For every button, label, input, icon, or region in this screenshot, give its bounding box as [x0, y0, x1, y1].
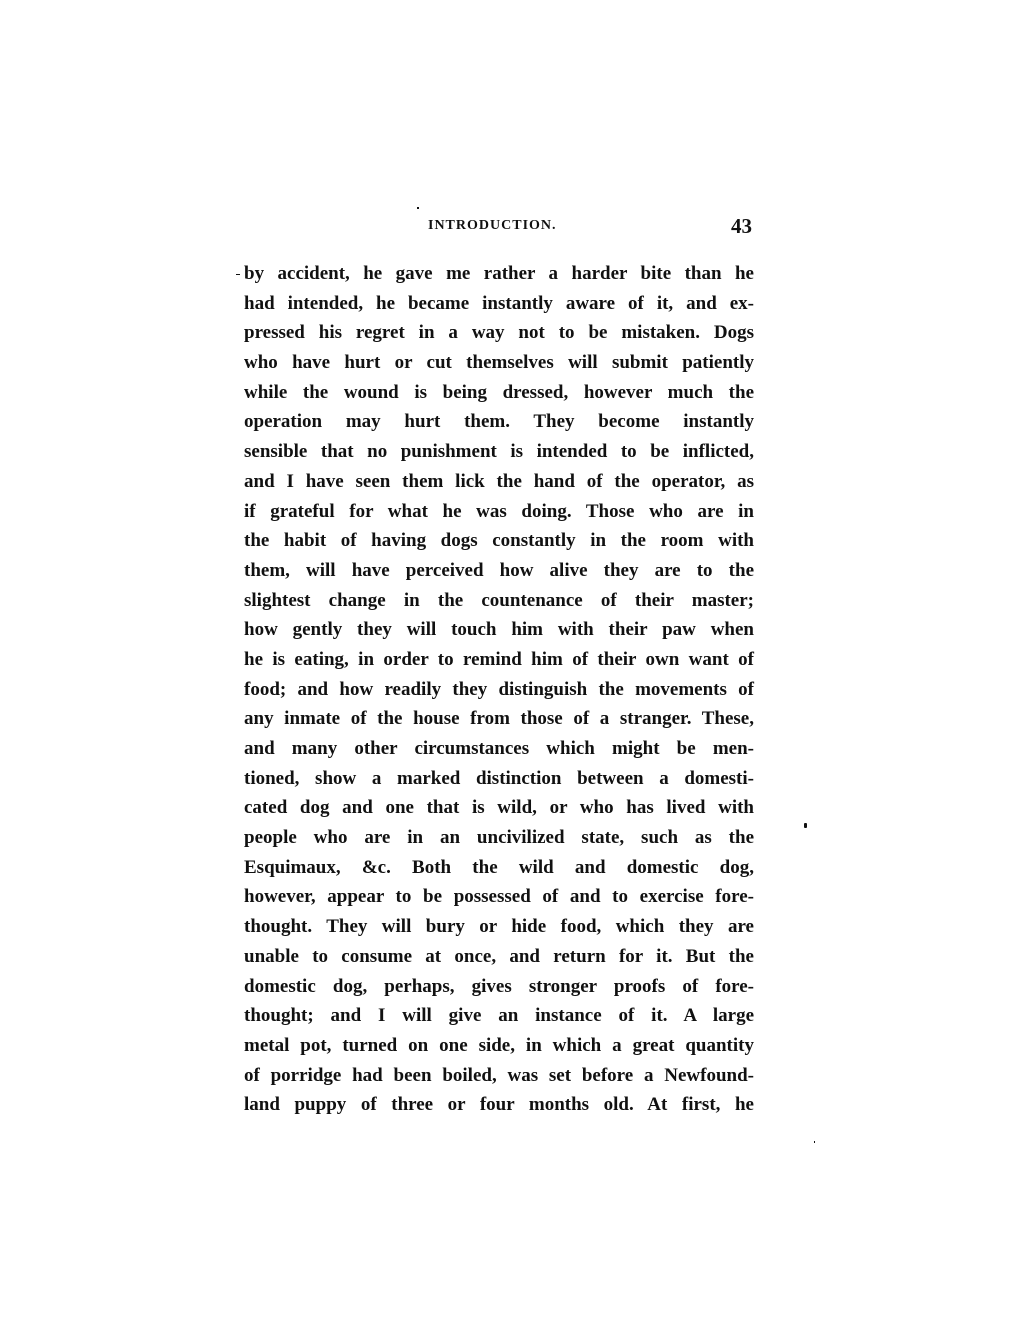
text-line: and many other circumstances which might…: [244, 734, 754, 764]
text-line: and I have seen them lick the hand of th…: [244, 467, 754, 497]
text-line: who have hurt or cut themselves will sub…: [244, 348, 754, 378]
text-line: food; and how readily they distinguish t…: [244, 675, 754, 705]
running-head: INTRODUCTION.: [428, 218, 557, 234]
text-line: of porridge had been boiled, was set bef…: [244, 1061, 754, 1091]
stray-mark: [814, 1141, 815, 1143]
text-line: how gently they will touch him with thei…: [244, 615, 754, 645]
text-line: slightest change in the countenance of t…: [244, 586, 754, 616]
text-line: cated dog and one that is wild, or who h…: [244, 793, 754, 823]
stray-mark: [804, 823, 807, 828]
text-line: metal pot, turned on one side, in which …: [244, 1031, 754, 1061]
page-header: INTRODUCTION. 43: [244, 214, 752, 240]
text-line: had intended, he became instantly aware …: [244, 289, 754, 319]
text-line: unable to consume at once, and return fo…: [244, 942, 754, 972]
text-line: Esquimaux, &c. Both the wild and domesti…: [244, 853, 754, 883]
text-line: by accident, he gave me rather a harder …: [244, 259, 754, 289]
text-line: he is eating, in order to remind him of …: [244, 645, 754, 675]
text-line: operation may hurt them. They become ins…: [244, 407, 754, 437]
text-line: them, will have perceived how alive they…: [244, 556, 754, 586]
text-line: people who are in an uncivilized state, …: [244, 823, 754, 853]
text-line: pressed his regret in a way not to be mi…: [244, 318, 754, 348]
text-line: domestic dog, perhaps, gives stronger pr…: [244, 972, 754, 1002]
text-line: while the wound is being dressed, howeve…: [244, 378, 754, 408]
text-line: sensible that no punishment is intended …: [244, 437, 754, 467]
text-line: any inmate of the house from those of a …: [244, 704, 754, 734]
text-line: if grateful for what he was doing. Those…: [244, 497, 754, 527]
text-line: tioned, show a marked distinction betwee…: [244, 764, 754, 794]
page-number: 43: [731, 214, 752, 239]
text-line: land puppy of three or four months old. …: [244, 1090, 754, 1120]
text-line: the habit of having dogs constantly in t…: [244, 526, 754, 556]
stray-mark: [236, 274, 240, 275]
text-line: thought. They will bury or hide food, wh…: [244, 912, 754, 942]
book-page: INTRODUCTION. 43 by accident, he gave me…: [0, 0, 1033, 1339]
stray-mark: [417, 207, 419, 209]
text-line: however, appear to be possessed of and t…: [244, 882, 754, 912]
text-line: thought; and I will give an instance of …: [244, 1001, 754, 1031]
body-text: by accident, he gave me rather a harder …: [244, 259, 754, 1120]
